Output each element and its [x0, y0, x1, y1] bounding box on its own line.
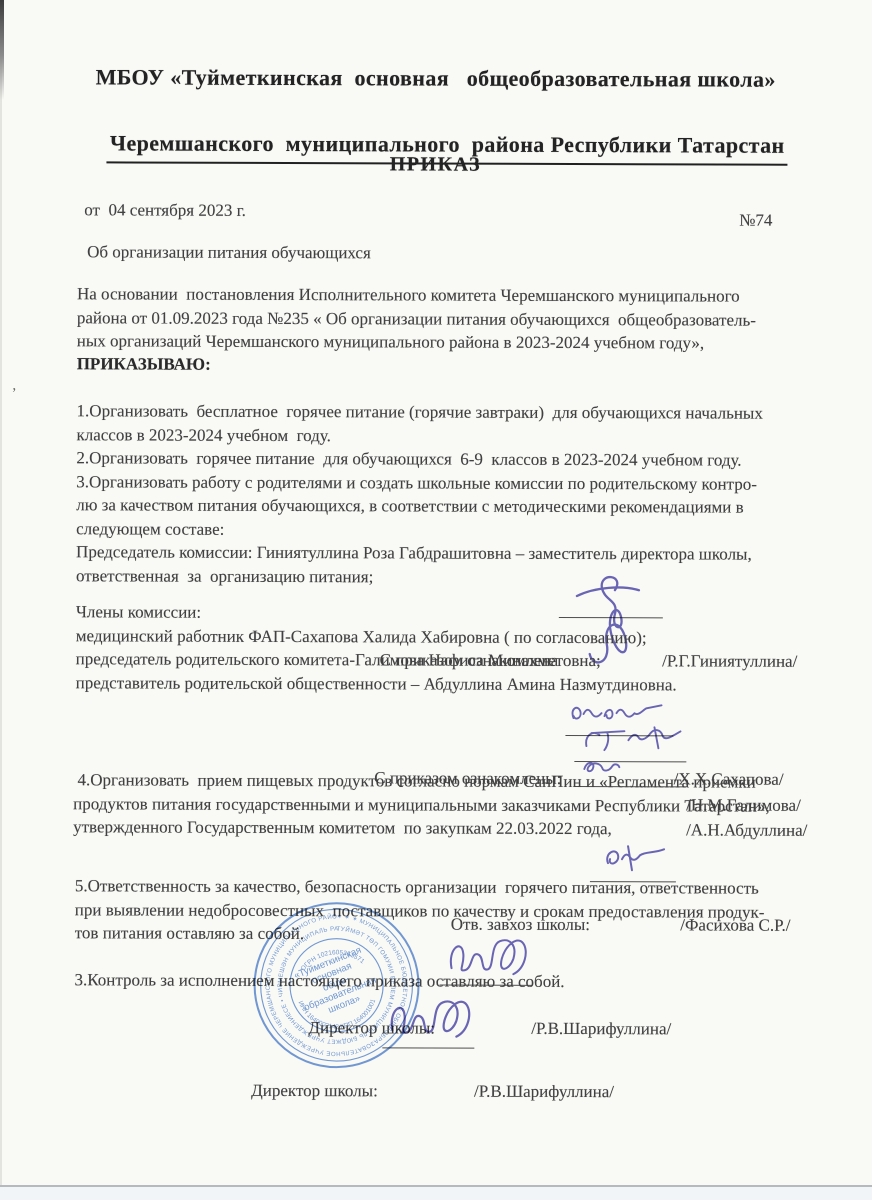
paper-left-edge [0, 0, 2, 1200]
doc-number: №74 [739, 209, 772, 233]
ink-speck-artifact: ’ [12, 386, 17, 403]
scanned-sheet: МБОУ «Туйметкинская основная общеобразов… [0, 0, 872, 1200]
text-line: Председатель комиссии: Гиниятуллина Роза… [76, 540, 762, 566]
resolve-word: ПРИКАЗЫВАЮ: [77, 352, 211, 376]
text-line: председатель родительского комитета-Гали… [76, 647, 677, 673]
org-name-line2: Черемшанского муниципального района Респ… [0, 104, 872, 192]
text-line: представитель родительской общественност… [76, 671, 677, 697]
order-items-paragraph: 1.Организовать бесплатное горячее питани… [76, 399, 763, 589]
text-line: 4.Организовать прием пищевых продуктов с… [73, 768, 770, 794]
fasikhova-signature [598, 843, 670, 873]
text-line: продуктов питания государственными и мун… [73, 792, 770, 818]
doc-type-title: ПРИКАЗ [0, 152, 871, 178]
text-line: 5.Ответственность за качество, безопасно… [75, 874, 765, 900]
text-line: следующем составе: [76, 517, 762, 543]
director-label: Директор школы: [251, 1080, 382, 1099]
text-line: лю за качеством питания обучающихся, в с… [76, 493, 762, 519]
text-line: медицинский работник ФАП-Сахапова Халида… [76, 624, 677, 650]
text-line: 1.Организовать бесплатное горячее питани… [77, 399, 763, 425]
text-line: На основании постановления Исполнительно… [77, 282, 756, 308]
members-paragraph: Члены комиссии:медицинский работник ФАП-… [76, 600, 677, 696]
doc-subject: Об организации питания обучающихся [87, 240, 371, 264]
document-page: МБОУ «Туйметкинская основная общеобразов… [0, 0, 872, 1200]
text-line: утвержденного Государственным комитетом … [73, 815, 770, 841]
item4-paragraph: 4.Организовать прием пищевых продуктов с… [73, 768, 770, 841]
text-line: 2.Организовать горячее питание для обуча… [76, 446, 762, 472]
director-name: /Р.В.Шарифуллина/ [474, 1081, 614, 1100]
school-round-stamp-icon: ✶ ✶ ✶ МУНИЦИПАЛЬНОЕ БЮДЖЕТНОЕ ОБЩЕОБРАЗО… [250, 899, 423, 1072]
org-name-line1: МБОУ «Туйметкинская основная общеобразов… [0, 64, 872, 93]
doc-date: от 04 сентября 2023 г. [84, 198, 246, 222]
ack-person-name: /Р.Г.Гиниятуллина/ [662, 651, 797, 670]
text-line: 3.Организовать работу с родителями и соз… [76, 470, 762, 496]
text-line: классов в 2023-2024 учебном году. [76, 423, 762, 449]
text-line: ных организаций Черемшанского муниципаль… [77, 329, 756, 355]
text-line: района от 01.09.2023 года №235 « Об орга… [77, 306, 756, 332]
text-line: Члены комиссии: [76, 600, 677, 626]
preamble-paragraph: На основании постановления Исполнительно… [77, 282, 756, 355]
scan-edge-shadow [0, 0, 4, 100]
scanner-background-strip [0, 1187, 872, 1200]
